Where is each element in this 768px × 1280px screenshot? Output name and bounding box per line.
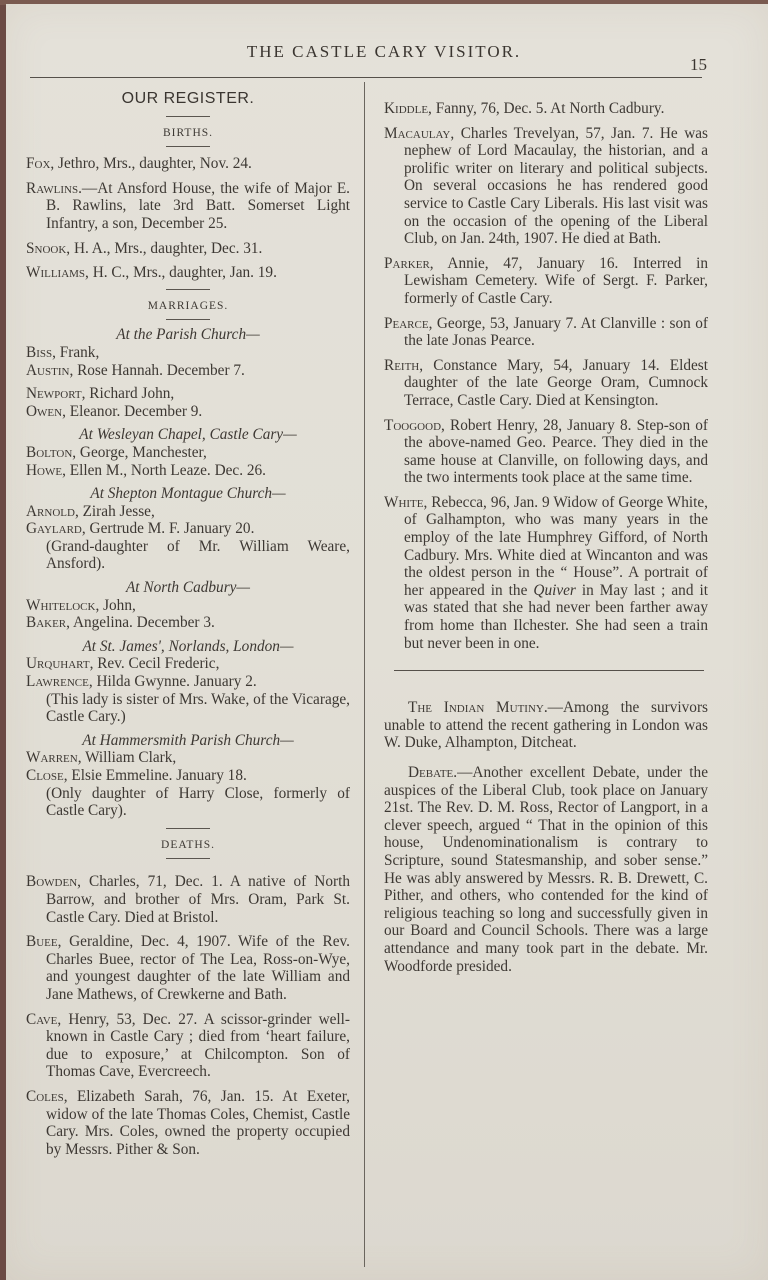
entry-name: Lawrence — [26, 673, 89, 690]
entry-name: Kiddle — [384, 100, 428, 117]
section-rule — [166, 858, 210, 859]
death-entry: Cave, Henry, 53, Dec. 27. A scissor-grin… — [26, 1011, 350, 1081]
entry-name: Arnold — [26, 503, 75, 520]
venue: At St. James', Norlands, London— — [26, 638, 350, 656]
venue: At Hammersmith Parish Church— — [26, 732, 350, 750]
birth-entry: Fox, Jethro, Mrs., daughter, Nov. 24. — [26, 155, 350, 173]
entry-name: White — [384, 494, 423, 511]
entry-name: Bowden — [26, 873, 77, 890]
entry-name: Buee — [26, 933, 58, 950]
marriage-group: At Shepton Montague Church— Arnold, Zira… — [26, 485, 350, 573]
entry-name: Rawlins — [26, 180, 78, 197]
entry-name: Close — [26, 767, 64, 784]
entry-name: Macaulay — [384, 125, 450, 142]
venue: At Wesleyan Chapel, Castle Cary— — [26, 426, 350, 444]
birth-entry: Snook, H. A., Mrs., daughter, Dec. 31. — [26, 240, 350, 258]
marriage-note: (Grand-daughter of Mr. William Weare, An… — [26, 538, 350, 573]
entry-name: Williams — [26, 264, 85, 281]
news-paragraph: Debate.—Another excellent Debate, under … — [384, 764, 708, 975]
entry-name: Bolton — [26, 444, 72, 461]
page-number: 15 — [690, 55, 707, 75]
paragraph-title: Debate — [408, 764, 453, 781]
header-rule — [30, 77, 702, 78]
right-column: Kiddle, Fanny, 76, Dec. 5. At North Cadb… — [384, 100, 708, 987]
publication-title: Quiver — [533, 582, 575, 599]
entry-name: Pearce — [384, 315, 429, 332]
marriage-group: At St. James', Norlands, London— Urquhar… — [26, 638, 350, 726]
news-paragraph: The Indian Mutiny.—Among the survivors u… — [384, 699, 708, 752]
entry-name: Snook — [26, 240, 66, 257]
register-title: OUR REGISTER. — [26, 90, 350, 108]
entry-name: Coles — [26, 1088, 64, 1105]
death-entry: Reith, Constance Mary, 54, January 14. E… — [384, 357, 708, 410]
paragraph-title: The Indian Mutiny — [408, 699, 544, 716]
death-entry: Coles, Elizabeth Sarah, 76, Jan. 15. At … — [26, 1088, 350, 1158]
death-entry: Buee, Geraldine, Dec. 4, 1907. Wife of t… — [26, 933, 350, 1003]
marriage-group: At Hammersmith Parish Church— Warren, Wi… — [26, 732, 350, 820]
marriage-group: At Wesleyan Chapel, Castle Cary— Bolton,… — [26, 426, 350, 479]
death-entry: Macaulay, Charles Trevelyan, 57, Jan. 7.… — [384, 125, 708, 248]
section-rule — [166, 828, 210, 829]
death-entry: White, Rebecca, 96, Jan. 9 Widow of Geor… — [384, 494, 708, 652]
venue: At the Parish Church— — [26, 326, 350, 344]
entry-name: Reith — [384, 357, 419, 374]
entry-name: Parker — [384, 255, 430, 272]
death-entry: Parker, Annie, 47, January 16. Interred … — [384, 255, 708, 308]
entry-name: Fox — [26, 155, 50, 172]
marriages-heading: MARRIAGES. — [26, 298, 350, 316]
section-rule — [166, 146, 210, 147]
marriage-group: At North Cadbury— Whitelock, John, Baker… — [26, 579, 350, 632]
venue: At North Cadbury— — [26, 579, 350, 597]
entry-name: Baker — [26, 614, 66, 631]
death-entry: Pearce, George, 53, January 7. At Clanvi… — [384, 315, 708, 350]
section-divider — [394, 670, 704, 671]
section-rule — [166, 289, 210, 290]
column-rule — [364, 82, 365, 1267]
entry-name: Urquhart — [26, 655, 90, 672]
venue: At Shepton Montague Church— — [26, 485, 350, 503]
death-entry: Bowden, Charles, 71, Dec. 1. A native of… — [26, 873, 350, 926]
births-heading: BIRTHS. — [26, 125, 350, 143]
entry-name: Warren — [26, 749, 78, 766]
birth-entry: Rawlins.—At Ansford House, the wife of M… — [26, 180, 350, 233]
entry-name: Austin — [26, 362, 69, 379]
running-title: THE CASTLE CARY VISITOR. — [0, 42, 768, 62]
death-entry: Toogood, Robert Henry, 28, January 8. St… — [384, 417, 708, 487]
entry-name: Newport — [26, 385, 82, 402]
entry-name: Gaylard — [26, 520, 82, 537]
left-column: OUR REGISTER. BIRTHS. Fox, Jethro, Mrs.,… — [26, 90, 350, 1165]
birth-entry: Williams, H. C., Mrs., daughter, Jan. 19… — [26, 264, 350, 282]
entry-name: Whitelock — [26, 597, 95, 614]
entry-name: Cave — [26, 1011, 57, 1028]
marriage-note: (Only daughter of Harry Close, formerly … — [26, 785, 350, 820]
entry-name: Owen — [26, 403, 62, 420]
section-rule — [166, 116, 210, 117]
marriage-group: At the Parish Church— Biss, Frank, Austi… — [26, 326, 350, 420]
marriage-note: (This lady is sister of Mrs. Wake, of th… — [26, 691, 350, 726]
death-entry: Kiddle, Fanny, 76, Dec. 5. At North Cadb… — [384, 100, 708, 118]
entry-name: Toogood — [384, 417, 441, 434]
entry-name: Biss — [26, 344, 52, 361]
deaths-heading: DEATHS. — [26, 837, 350, 855]
entry-name: Howe — [26, 462, 62, 479]
section-rule — [166, 319, 210, 320]
